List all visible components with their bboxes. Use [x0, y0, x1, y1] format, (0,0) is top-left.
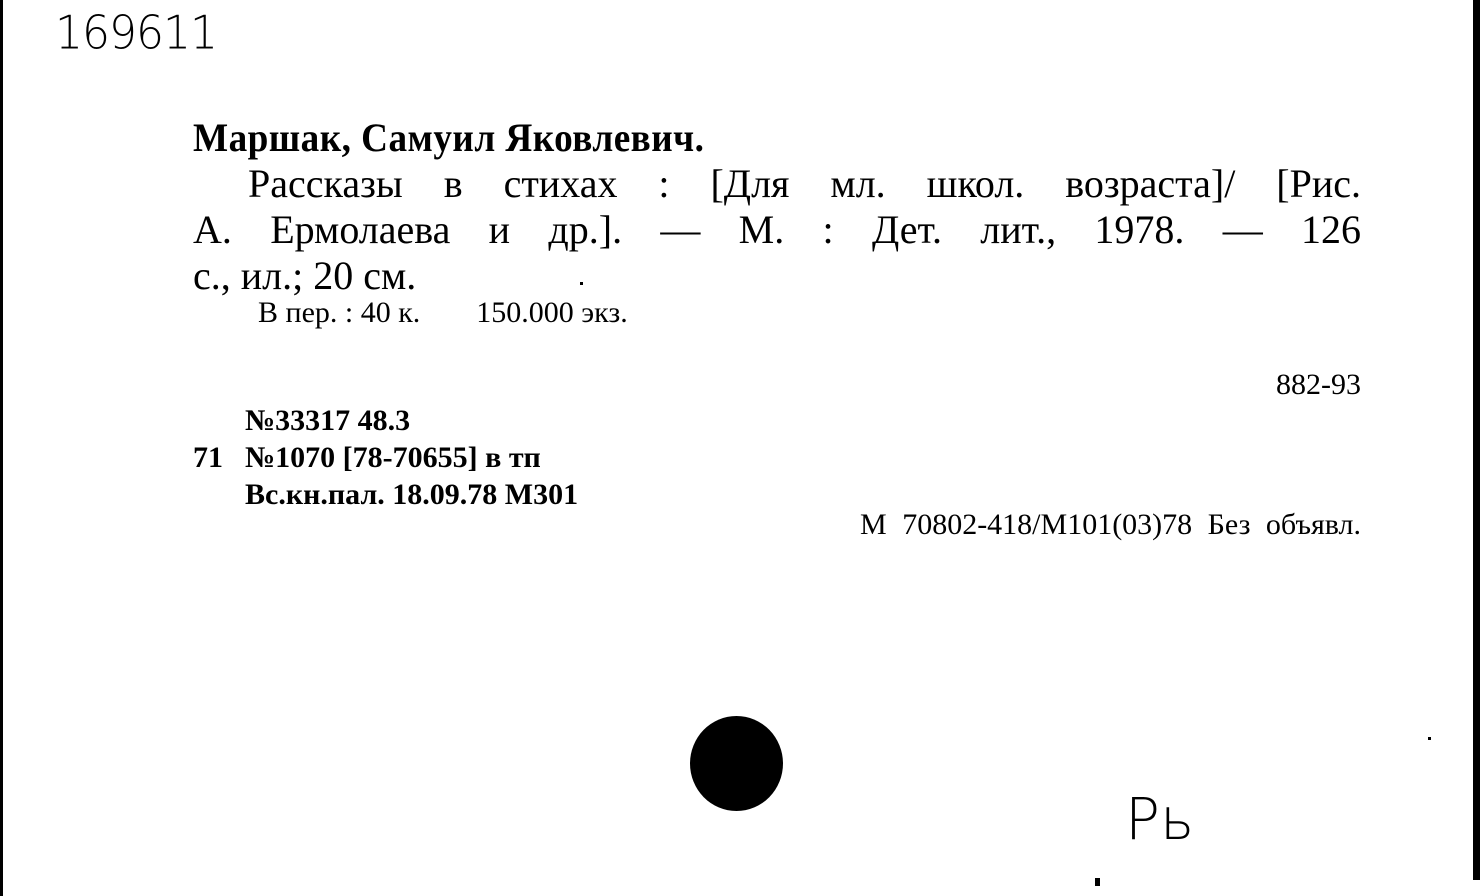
description-line-1: Рассказы в стихах : [Для мл. школ. возра…	[248, 160, 1361, 207]
description-line-3: с., ил.; 20 см.	[193, 252, 416, 299]
print-run: 150.000 экз.	[476, 296, 627, 329]
speck	[1095, 878, 1100, 886]
speck	[1428, 737, 1431, 740]
speck	[580, 282, 583, 285]
description-line-2: А. Ермолаева и др.]. — М. : Дет. лит., 1…	[193, 206, 1361, 253]
price-line: В пер. : 40 к.150.000 экз.	[258, 296, 684, 330]
tech-row-3: Вс.кн.пал. 18.09.78 М301	[245, 478, 578, 511]
punch-hole	[690, 716, 783, 811]
tech-row-2: №1070 [78-70655] в тп	[245, 441, 541, 474]
author-heading: Маршак, Самуил Яковлевич.	[193, 114, 704, 161]
classification-number: 882-93	[1276, 368, 1361, 402]
card-right-edge	[1473, 0, 1480, 880]
card-left-edge	[0, 0, 3, 896]
handwritten-initials: Рь	[1125, 785, 1194, 853]
price: В пер. : 40 к.	[258, 296, 420, 329]
publication-index: М 70802-418/М101(03)78 Без объявл.	[860, 508, 1361, 542]
technical-info: №33317 48.3 71№1070 [78-70655] в тп Вс.к…	[193, 402, 578, 513]
tech-row-1: №33317 48.3	[245, 404, 410, 437]
tech-prefix: 71	[193, 439, 245, 476]
handwritten-inventory-number: 169611	[55, 7, 217, 61]
